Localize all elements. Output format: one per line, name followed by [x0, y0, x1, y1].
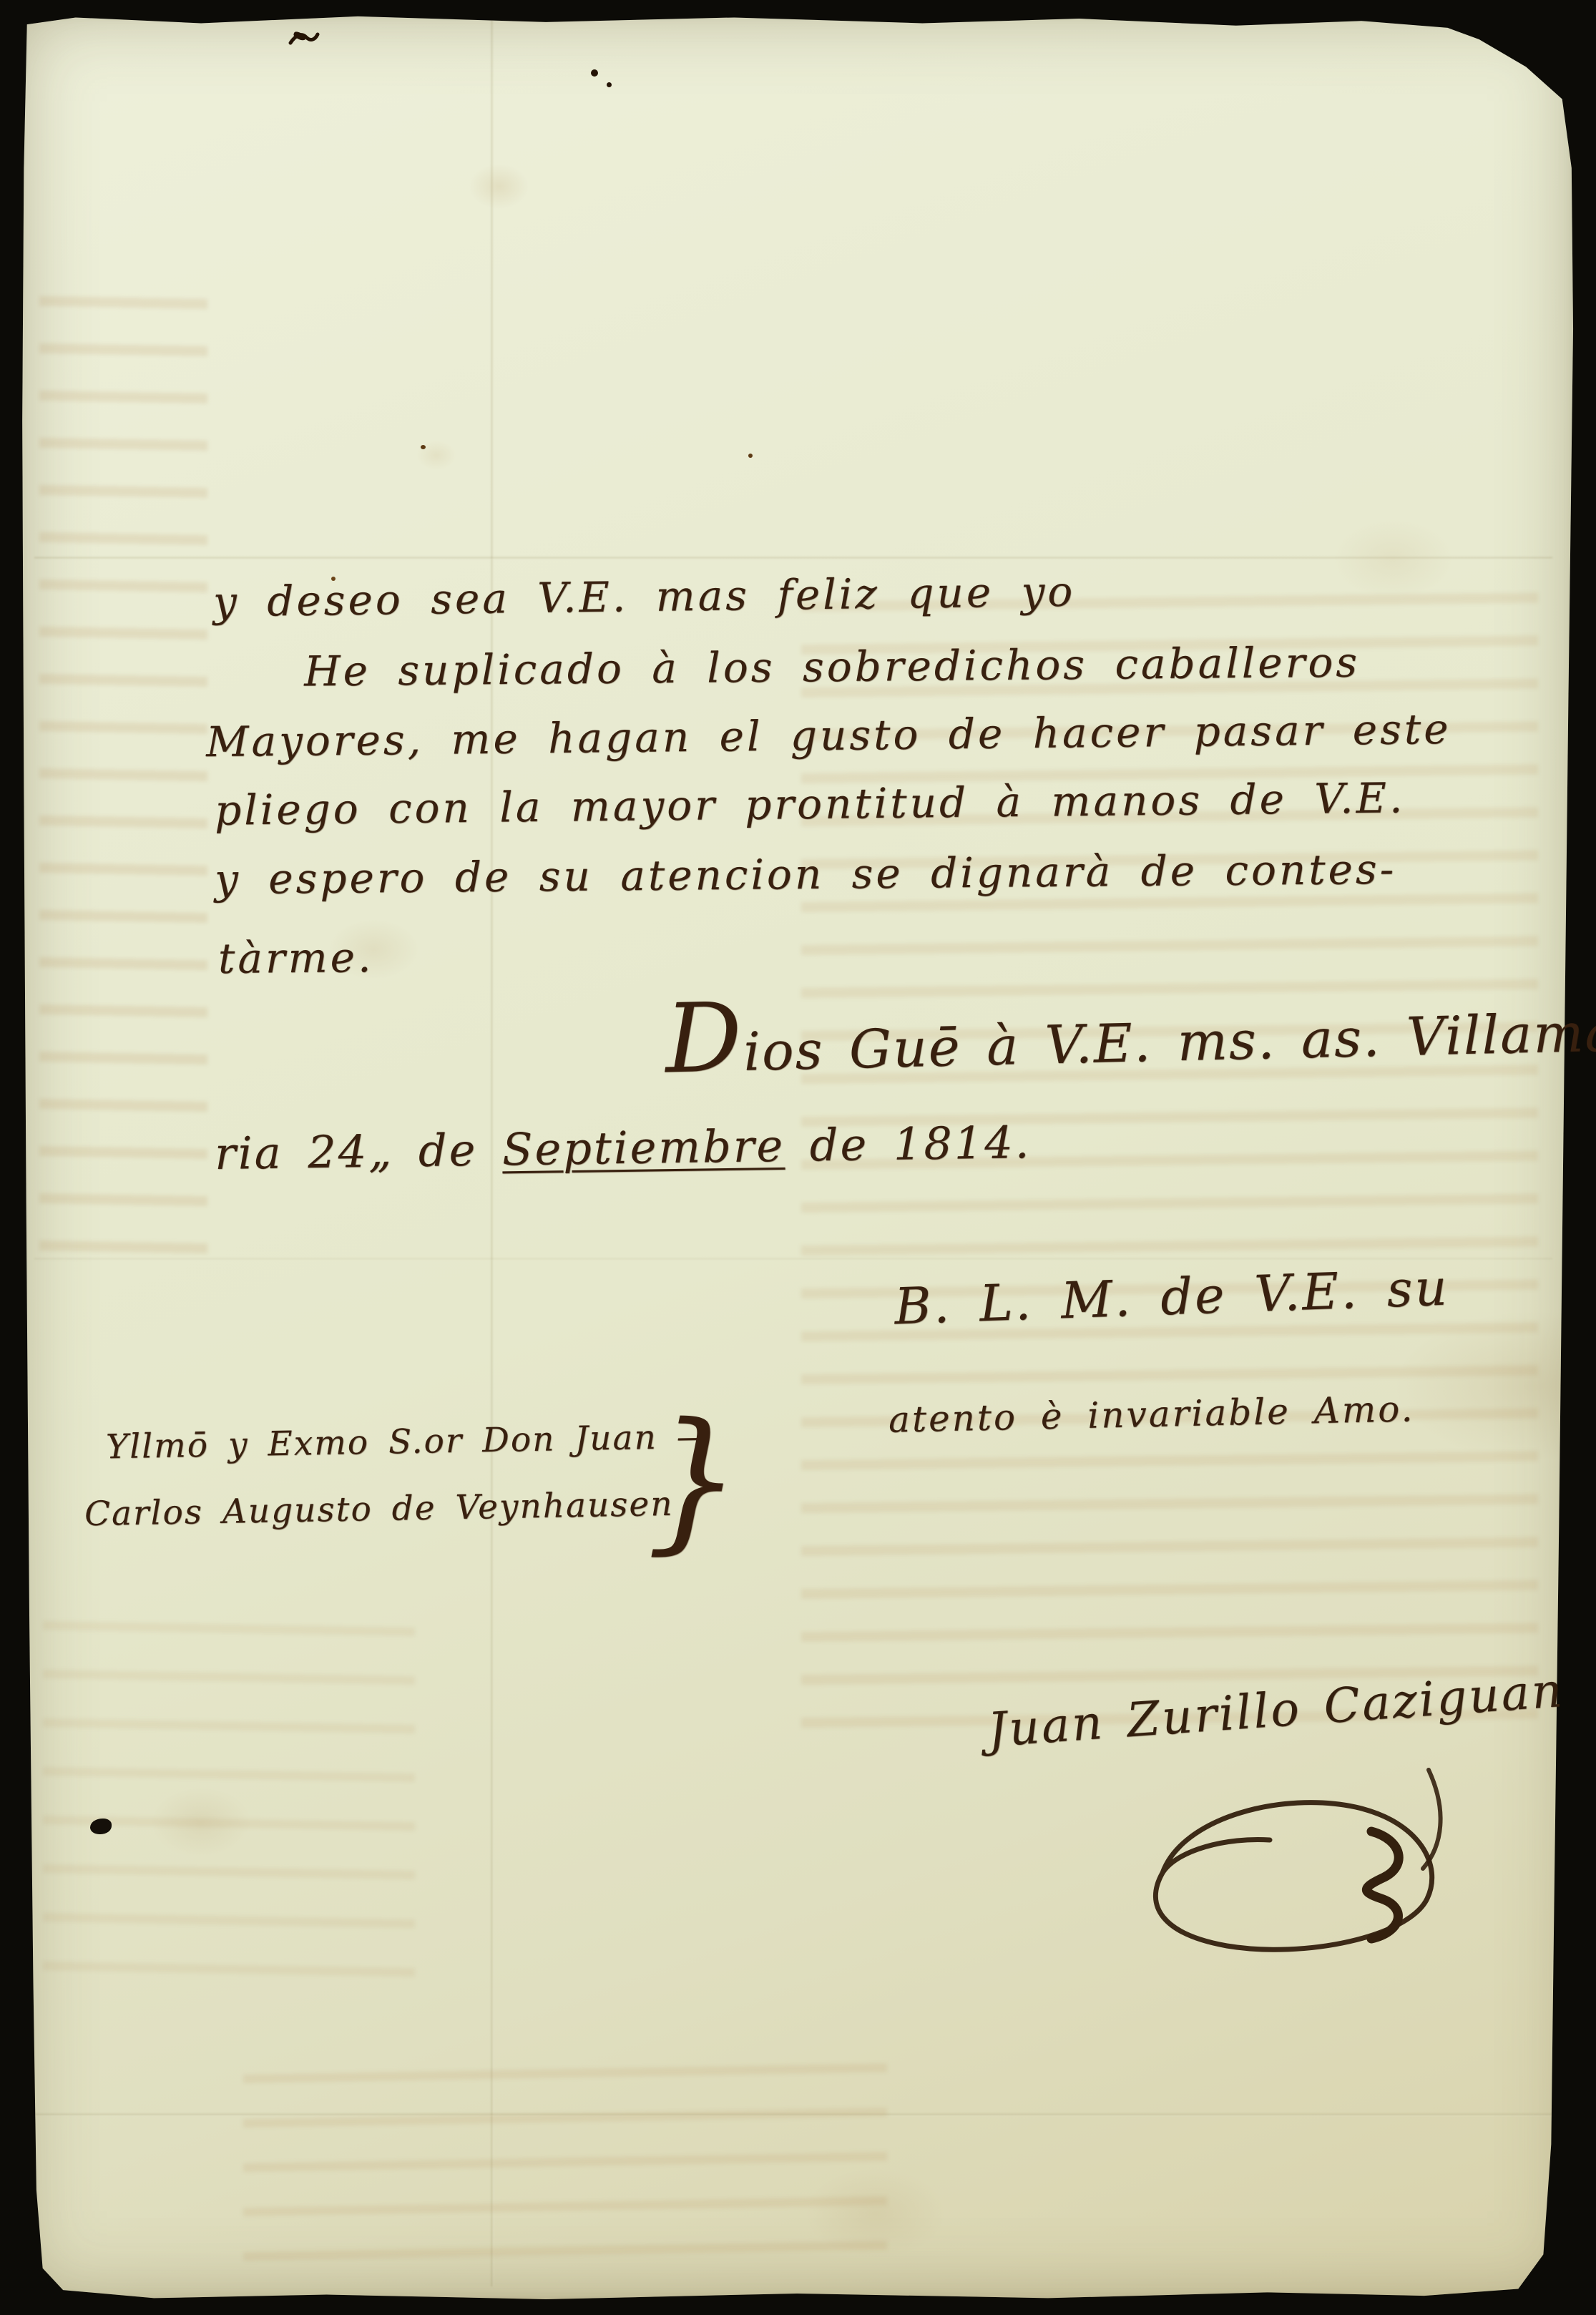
ink-speck — [591, 69, 598, 77]
horizontal-fold-crease — [34, 557, 1552, 560]
ink-speck — [421, 445, 426, 449]
letter-body-line: tàrme. — [218, 933, 374, 983]
signature-rubric-flourish — [1120, 1766, 1463, 1973]
letter-body-line: y espero de su atencion se dignarà de co… — [215, 845, 1397, 904]
date-year: de 1814. — [785, 1116, 1032, 1172]
date-prefix: ria 24„ de — [215, 1123, 503, 1180]
letter-body-line: He suplicado à los sobredichos caballero… — [304, 638, 1361, 696]
horizontal-fold-crease — [34, 2113, 1552, 2117]
manuscript-photo: { "colors":{"ink":"#38200f","paper":"#e8… — [0, 0, 1596, 2315]
horizontal-fold-crease — [34, 1258, 1552, 1261]
ink-speck — [331, 577, 336, 581]
ink-speck — [607, 82, 612, 87]
ink-speck — [748, 454, 753, 458]
addressee-brace: } — [646, 1390, 743, 1570]
date-month-underlined: Septiembre — [501, 1120, 785, 1176]
